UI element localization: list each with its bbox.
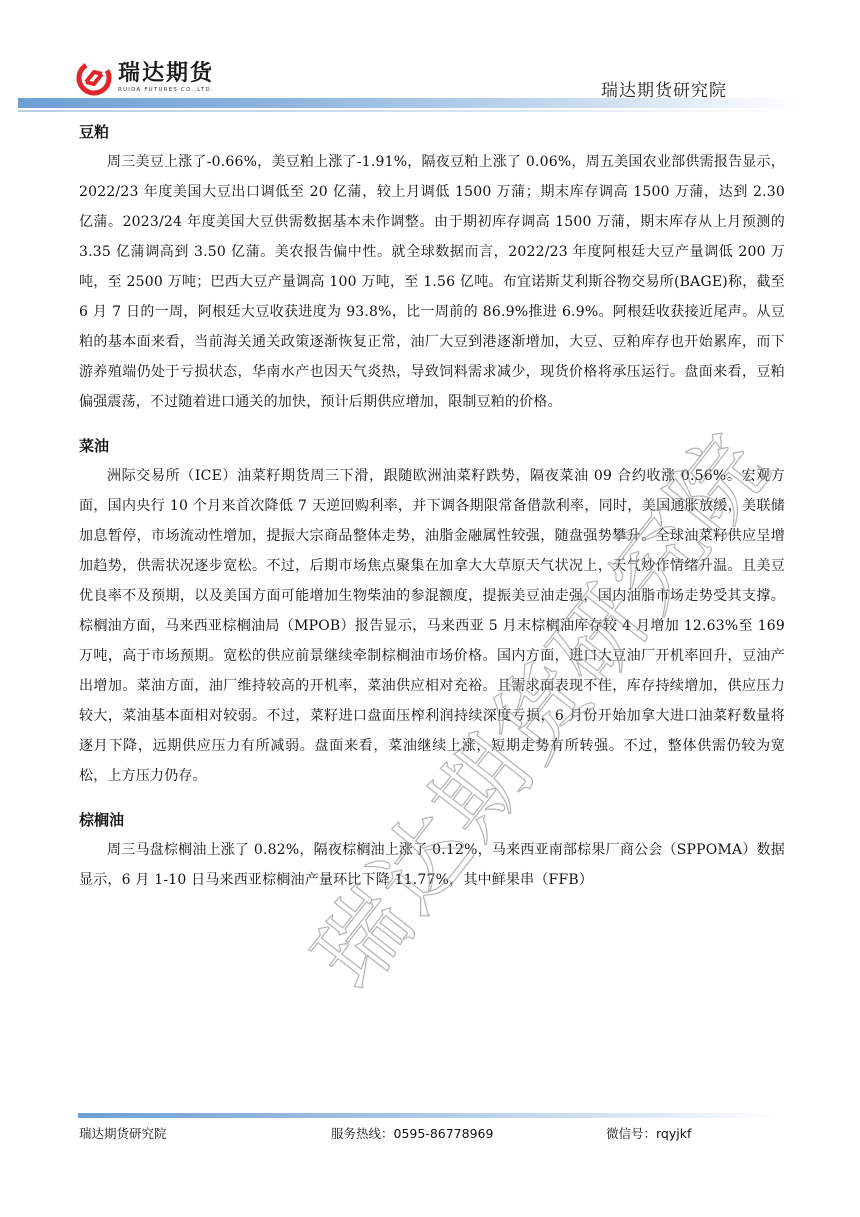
section-soybean-meal: 豆粕 周三美豆上涨了-0.66%，美豆粕上涨了-1.91%，隔夜豆粕上涨了 0.… [79,117,785,417]
page-footer: 瑞达期货研究院 服务热线：0595-86778969 微信号：rqyjkf [79,1124,799,1146]
section-paragraph: 周三美豆上涨了-0.66%，美豆粕上涨了-1.91%，隔夜豆粕上涨了 0.06%… [79,147,785,417]
logo-english-name: RUIDA FUTURES CO.,LTD. [118,86,214,94]
logo-chinese-name: 瑞达期货 [118,62,214,86]
page-header: 瑞达期货 RUIDA FUTURES CO.,LTD. 瑞达期货研究院 [0,0,860,115]
header-gradient-bar [18,98,798,108]
section-rapeseed-oil: 菜油 洲际交易所（ICE）油菜籽期货周三下滑，跟随欧洲油菜籽跌势，隔夜菜油 09… [79,431,785,791]
footer-hotline: 服务热线：0595-86778969 [331,1124,493,1142]
section-paragraph: 周三马盘棕榈油上涨了 0.82%，隔夜棕榈油上涨了 0.12%，马来西亚南部棕果… [79,835,785,895]
report-body: 豆粕 周三美豆上涨了-0.66%，美豆粕上涨了-1.91%，隔夜豆粕上涨了 0.… [79,117,785,895]
section-title: 菜油 [79,431,785,461]
footer-gradient-bar [78,1113,778,1118]
ruida-logo-icon [76,60,112,96]
header-divider [18,110,798,112]
footer-org: 瑞达期货研究院 [79,1124,167,1142]
section-title: 豆粕 [79,117,785,147]
section-palm-oil: 棕榈油 周三马盘棕榈油上涨了 0.82%，隔夜棕榈油上涨了 0.12%，马来西亚… [79,805,785,895]
section-title: 棕榈油 [79,805,785,835]
footer-wechat: 微信号：rqyjkf [606,1124,691,1142]
section-paragraph: 洲际交易所（ICE）油菜籽期货周三下滑，跟随欧洲油菜籽跌势，隔夜菜油 09 合约… [79,461,785,791]
company-logo: 瑞达期货 RUIDA FUTURES CO.,LTD. [76,60,214,96]
